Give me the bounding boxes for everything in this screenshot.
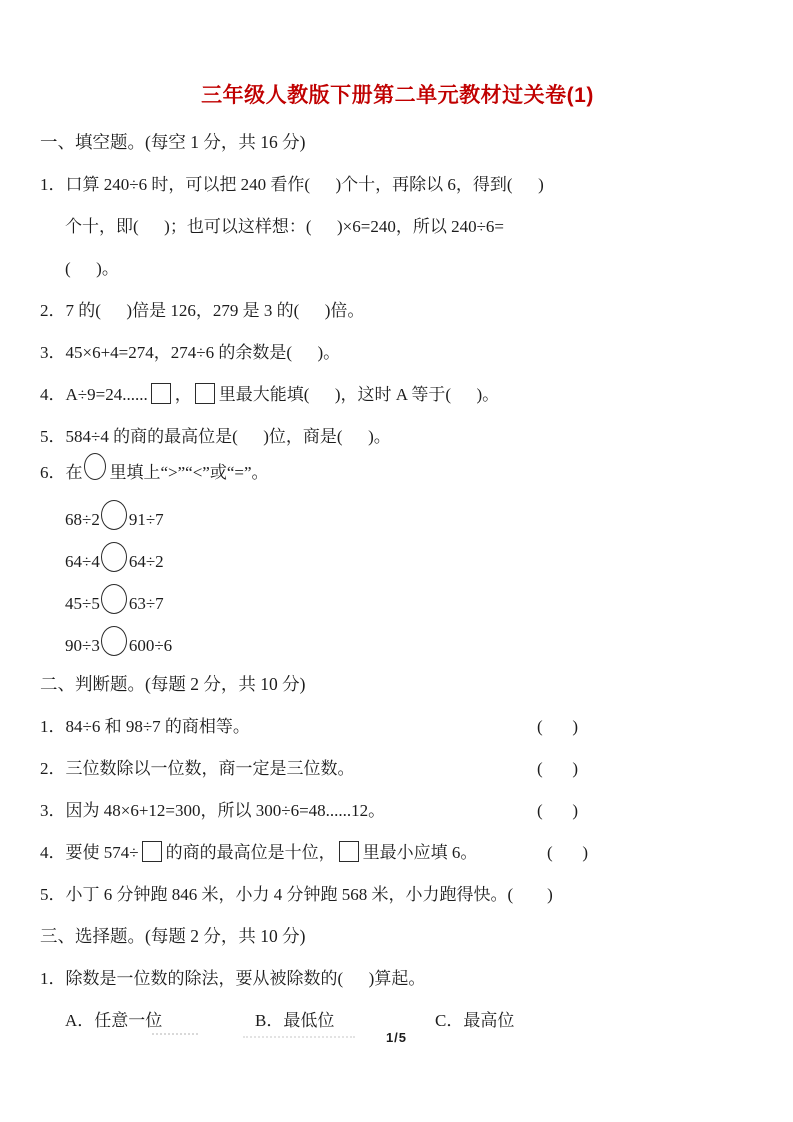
compare-left: 90÷3	[65, 636, 100, 655]
answer-box-icon	[150, 392, 173, 400]
compare-circle-icon	[101, 601, 128, 609]
judge-q2: 2．三位数除以一位数，商一定是三位数。 ( )	[40, 757, 755, 799]
fill-q4-text-1: 4．A÷9=24......	[40, 385, 148, 404]
compare-right: 64÷2	[129, 552, 164, 571]
answer-box-icon	[338, 850, 361, 858]
fill-q6-text-1: 6．在	[40, 463, 83, 482]
compare-circle-icon	[101, 517, 128, 525]
judge-q1-text: 1．84÷6 和 98÷7 的商相等。	[40, 717, 250, 736]
answer-box-icon	[194, 392, 217, 400]
compare-right: 63÷7	[129, 594, 164, 613]
worksheet-page: 三年级人教版下册第二单元教材过关卷(1) 一、填空题。(每空 1 分，共 16 …	[0, 0, 793, 1122]
judge-q3: 3．因为 48×6+12=300，所以 300÷6=48......12。 ( …	[40, 799, 755, 841]
judge-q1: 1．84÷6 和 98÷7 的商相等。 ( )	[40, 715, 755, 757]
judge-q4-text-1: 4．要使 574÷	[40, 843, 139, 862]
section2-header: 二、判断题。(每题 2 分，共 10 分)	[40, 673, 755, 715]
fill-q1-line1: 1．口算 240÷6 时，可以把 240 看作( )个十，再除以 6，得到( )	[40, 173, 755, 215]
compare-left: 68÷2	[65, 510, 100, 529]
judge-answer-blank: ( )	[508, 885, 553, 904]
judge-answer-blank: ( )	[537, 757, 578, 780]
judge-q2-text: 2．三位数除以一位数，商一定是三位数。	[40, 759, 355, 778]
compare-left: 64÷4	[65, 552, 100, 571]
judge-q4-text-3: 里最小应填 6。	[363, 843, 478, 862]
page-title: 三年级人教版下册第二单元教材过关卷(1)	[40, 84, 755, 108]
judge-answer-blank: ( )	[537, 715, 578, 738]
fill-q3: 3．45×6+4=274，274÷6 的余数是( )。	[40, 341, 755, 383]
compare-circle-icon	[101, 559, 128, 567]
fill-q4: 4．A÷9=24......，里最大能填( )，这时 A 等于( )。	[40, 383, 755, 425]
judge-q4-text-2: 的商的最高位是十位，	[166, 843, 336, 862]
fill-q4-text-2: ，	[175, 385, 192, 404]
judge-q5: 5．小丁 6 分钟跑 846 米，小力 4 分钟跑 568 米，小力跑得快。( …	[40, 883, 755, 925]
option-b: B．最低位	[255, 1009, 435, 1032]
option-c: C．最高位	[435, 1011, 514, 1030]
answer-box-icon	[141, 850, 164, 858]
fill-q2: 2．7 的( )倍是 126，279 是 3 的( )倍。	[40, 299, 755, 341]
option-a: A．任意一位	[65, 1009, 255, 1032]
fill-q6-text-2: 里填上“>”“<”或“=”。	[110, 463, 269, 482]
fill-q6: 6．在里填上“>”“<”或“=”。	[40, 461, 755, 508]
compare-right: 600÷6	[129, 636, 172, 655]
judge-q4: 4．要使 574÷的商的最高位是十位，里最小应填 6。 ( )	[40, 841, 755, 883]
section1-header: 一、填空题。(每空 1 分，共 16 分)	[40, 131, 755, 173]
compare-circle-icon	[84, 470, 109, 478]
judge-q5-text: 5．小丁 6 分钟跑 846 米，小力 4 分钟跑 568 米，小力跑得快。	[40, 885, 508, 904]
compare-circle-icon	[101, 643, 128, 651]
compare-left: 45÷5	[65, 594, 100, 613]
judge-answer-blank: ( )	[547, 841, 588, 864]
scan-artifact-dots	[243, 1036, 355, 1038]
fill-q4-text-3: 里最大能填( )，这时 A 等于( )。	[219, 385, 499, 404]
fill-q1-line2: 个十，即( )；也可以这样想：( )×6=240，所以 240÷6=	[40, 215, 755, 257]
judge-q3-text: 3．因为 48×6+12=300，所以 300÷6=48......12。	[40, 801, 385, 820]
page-number: 1/5	[0, 1030, 793, 1045]
choice-q1: 1．除数是一位数的除法，要从被除数的( )算起。	[40, 967, 755, 1009]
judge-answer-blank: ( )	[537, 799, 578, 822]
compare-item: 64÷464÷2	[40, 550, 755, 592]
fill-q1-line3: ( )。	[40, 257, 755, 299]
compare-item: 68÷291÷7	[40, 508, 755, 550]
compare-item: 90÷3600÷6	[40, 634, 755, 676]
compare-item: 45÷563÷7	[40, 592, 755, 634]
section3-header: 三、选择题。(每题 2 分，共 10 分)	[40, 925, 755, 967]
scan-artifact-dots	[152, 1033, 198, 1035]
compare-right: 91÷7	[129, 510, 164, 529]
